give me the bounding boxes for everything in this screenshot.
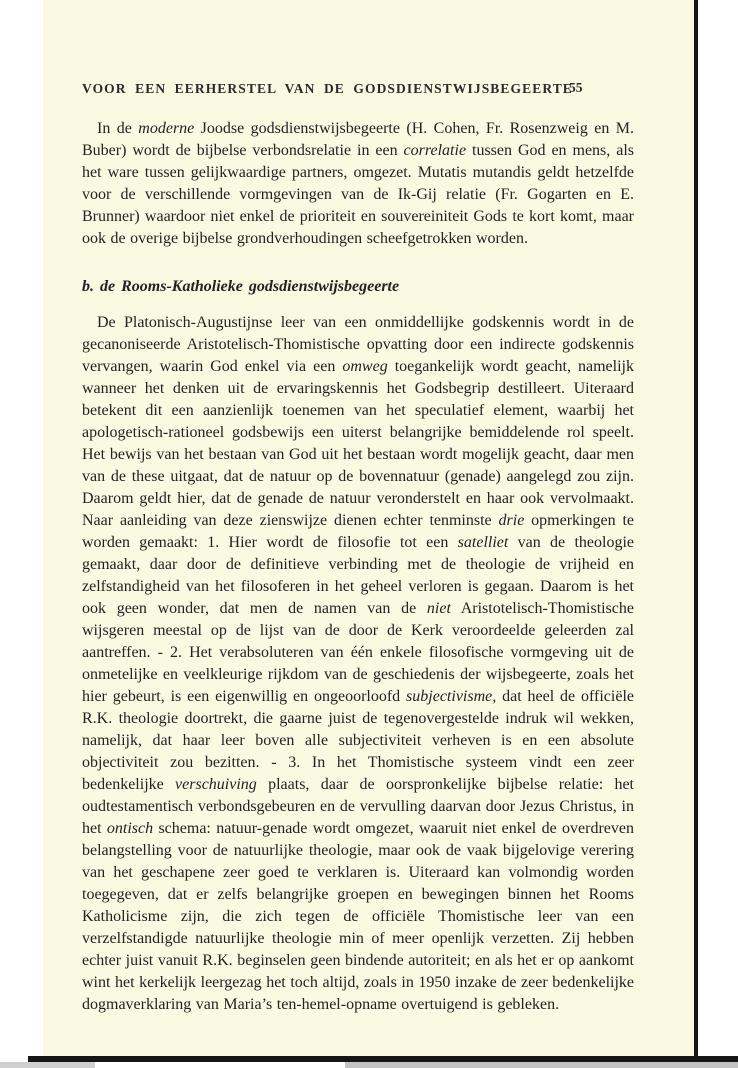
text-column: In de moderne Joodse godsdienstwijsbegee… (82, 118, 634, 1016)
scan-edge-right (694, 0, 698, 1062)
paragraph-roman-catholic-philosophy: De Platonisch-Augustijnse leer van een o… (82, 312, 634, 1016)
running-header: VOOR EEN EERHERSTEL VAN DE GODSDIENSTWIJ… (82, 80, 634, 98)
page-number: 55 (569, 80, 583, 96)
paragraph-modern-jewish-philosophy: In de moderne Joodse godsdienstwijsbegee… (82, 118, 634, 250)
page-surface: VOOR EEN EERHERSTEL VAN DE GODSDIENSTWIJ… (43, 0, 697, 1058)
section-heading-rooms-katholieke: b. de Rooms-Katholieke godsdienstwijsbeg… (82, 276, 634, 298)
scanned-book-page: VOOR EEN EERHERSTEL VAN DE GODSDIENSTWIJ… (0, 0, 738, 1068)
running-header-title: VOOR EEN EERHERSTEL VAN DE GODSDIENSTWIJ… (82, 81, 573, 96)
scan-shadow-bottom-right (345, 1062, 738, 1068)
scan-shadow-bottom-left (0, 1062, 95, 1068)
